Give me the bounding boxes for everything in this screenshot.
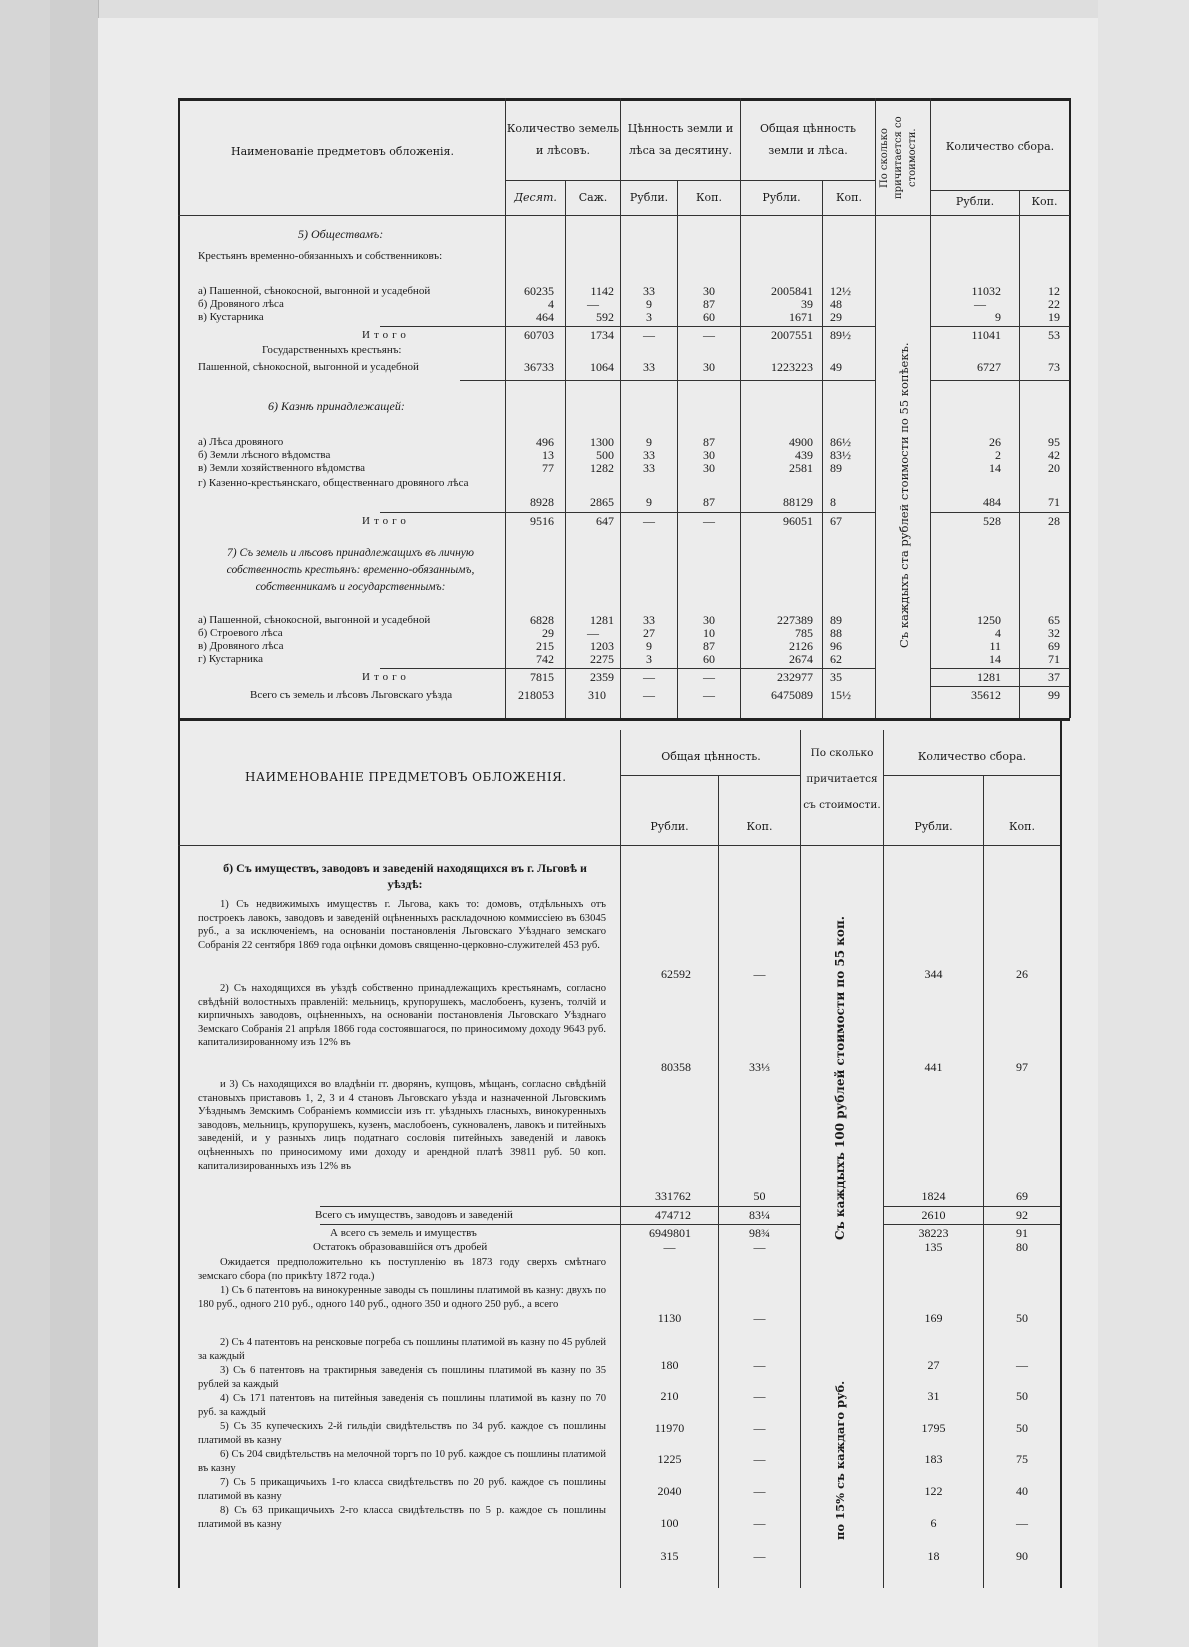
rate-vertical-note-15pct: по 15% съ каждаго руб. xyxy=(820,1360,860,1560)
row-label: а) Пашенной, сѣнокосной, выгонной и усад… xyxy=(198,285,430,298)
cell-rub: 344 xyxy=(884,968,983,981)
rate-vertical-note: Съ каждыхъ 100 рублей стоимости по 55 ко… xyxy=(820,930,860,1240)
cell-kop: — xyxy=(984,1517,1060,1530)
cell-rub: 169 xyxy=(884,1312,983,1325)
cell-sazh: 647 xyxy=(566,515,614,528)
cell-kop: 89 xyxy=(830,462,842,475)
cell-rub: — xyxy=(621,689,677,702)
cell-rub: 9 xyxy=(621,496,677,509)
cell-rub: 6949801 xyxy=(621,1227,691,1240)
cell-rub: 11970 xyxy=(621,1422,718,1435)
cell-kop: 29 xyxy=(830,311,842,324)
cell-kop: 89½ xyxy=(830,329,851,342)
col-line xyxy=(875,98,876,718)
row-label: г) Казенно-крестьянскаго, общественнаго … xyxy=(198,476,498,491)
row-label: в) Кустарника xyxy=(198,311,264,324)
cell-kop: — xyxy=(719,1517,800,1530)
cell-rub: 1130 xyxy=(621,1312,718,1325)
header-collection: Количество сбора. xyxy=(931,135,1069,159)
subtotal-rule xyxy=(883,1206,1060,1207)
cell-rub: 14 xyxy=(931,462,1001,475)
table-right-border xyxy=(1069,98,1071,718)
cell-kop: 40 xyxy=(984,1485,1060,1498)
cell-rub: 528 xyxy=(931,515,1001,528)
cell-kop: 97 xyxy=(984,1061,1060,1074)
cell-kop: 20 xyxy=(1020,462,1060,475)
row-label: Итого xyxy=(362,515,410,528)
cell-rub: 6 xyxy=(884,1517,983,1530)
cell-kop: 71 xyxy=(1020,653,1060,666)
subheader-sazh: Саж. xyxy=(566,186,620,210)
subhead-label: Государственныхъ крестьянъ: xyxy=(262,344,401,357)
cell-sazh: 2275 xyxy=(566,653,614,666)
cell-rub: 210 xyxy=(621,1390,718,1403)
cell-rub: 27 xyxy=(884,1359,983,1372)
patent-text: 4) Съ 171 патентовъ на питейныя заведені… xyxy=(198,1392,606,1419)
cell-rub: 232977 xyxy=(741,671,813,684)
cell-kop: 92 xyxy=(984,1209,1060,1222)
cell-rub: 9 xyxy=(931,311,1001,324)
section-label: 6) Казнѣ принадлежащей: xyxy=(268,400,405,413)
header-land-qty: Количество земель и лѣсовъ. xyxy=(506,118,620,162)
cell-kop: 71 xyxy=(1020,496,1060,509)
cell-rub: — xyxy=(621,329,677,342)
cell-rub: 122 xyxy=(884,1485,983,1498)
cell-rub: 331762 xyxy=(621,1190,691,1203)
row-label: г) Кустарника xyxy=(198,653,263,666)
cell-rub: 2581 xyxy=(741,462,813,475)
header-total-value: Общая цѣнность. xyxy=(621,745,801,769)
subheader-rub: Рубли. xyxy=(621,186,677,210)
subtotal-rule xyxy=(930,512,1070,513)
col-line xyxy=(983,775,984,1588)
cell-kop: — xyxy=(719,1422,800,1435)
cell-kop: 83¼ xyxy=(719,1209,800,1222)
row-label: а) Пашенной, сѣнокосной, выгонной и усад… xyxy=(198,614,430,627)
subtotal-rule xyxy=(930,326,1070,327)
cell-kop: 60 xyxy=(678,653,740,666)
cell-rub: 183 xyxy=(884,1453,983,1466)
header-name: НАИМЕНОВАНІЕ ПРЕДМЕТОВЪ ОБЛОЖЕНІЯ. xyxy=(245,770,567,784)
cell-desyat: 36733 xyxy=(506,361,554,374)
header-collection: Количество сбора. xyxy=(884,745,1060,769)
header-bottom-rule xyxy=(178,845,1060,846)
subtotal-rule xyxy=(380,326,875,327)
cell-kop: 80 xyxy=(984,1241,1060,1254)
table2-top-rule xyxy=(178,718,1070,721)
header-total-value: Общая цѣнность земли и лѣса. xyxy=(741,118,875,162)
patent-text: 2) Съ 4 патентовъ на ренсковые погреба с… xyxy=(198,1336,606,1363)
table-left-border xyxy=(178,98,180,1588)
cell-kop: 19 xyxy=(1020,311,1060,324)
section-label: 7) Съ земель и лѣсовъ принадлежащихъ въ … xyxy=(198,545,503,596)
cell-rub: 6727 xyxy=(931,361,1001,374)
cell-kop: 50 xyxy=(984,1390,1060,1403)
cell-kop: — xyxy=(719,1485,800,1498)
cell-kop: — xyxy=(719,1241,800,1254)
cell-rub: — xyxy=(621,1241,718,1254)
subtotal-rule xyxy=(380,668,875,669)
subhead-label: Крестьянъ временно-обязанныхъ и собствен… xyxy=(198,250,442,263)
cell-desyat: 60235 xyxy=(506,285,554,298)
subtotal-rule xyxy=(460,380,875,381)
cell-desyat: 77 xyxy=(506,462,554,475)
subheader-desyat: Десят. xyxy=(506,186,565,210)
cell-rub: 2040 xyxy=(621,1485,718,1498)
cell-kop: 33⅓ xyxy=(719,1061,800,1074)
cell-sazh: 1064 xyxy=(566,361,614,374)
row-label: в) Земли хозяйственного вѣдомства xyxy=(198,462,365,475)
cell-rub: 315 xyxy=(621,1550,718,1563)
section-title: б) Съ имуществъ, заводовъ и заведеній на… xyxy=(205,860,605,892)
cell-kop: 26 xyxy=(984,968,1060,981)
cell-kop: 91 xyxy=(984,1227,1060,1240)
row-label: б) Строевого лѣса xyxy=(198,627,283,640)
total-label: А всего съ земель и имуществъ xyxy=(330,1227,477,1240)
cell-kop: — xyxy=(984,1359,1060,1372)
cell-kop: 15½ xyxy=(830,689,851,702)
cell-desyat: 7815 xyxy=(506,671,554,684)
cell-rub: 38223 xyxy=(884,1227,983,1240)
header-rule xyxy=(505,180,875,181)
patent-text: 8) Съ 63 прикащичьихъ 2-го класса свидѣт… xyxy=(198,1504,606,1531)
cell-rub: 1671 xyxy=(741,311,813,324)
rate-vertical-note: Съ каждыхъ ста рублей стоимости по 55 ко… xyxy=(884,330,924,660)
cell-kop: 30 xyxy=(678,462,740,475)
cell-kop: — xyxy=(719,968,800,981)
subheader-kop: Коп. xyxy=(823,186,875,210)
cell-sazh: 310 xyxy=(566,689,606,702)
item-text: и 3) Съ находящихся во владѣніи гг. двор… xyxy=(198,1078,606,1173)
cell-kop: — xyxy=(719,1359,800,1372)
row-label: Итого xyxy=(362,671,410,684)
cell-desyat: 8928 xyxy=(506,496,554,509)
table-top-rule xyxy=(178,98,1070,101)
cell-kop: 30 xyxy=(678,361,740,374)
cell-kop: 49 xyxy=(830,361,842,374)
cell-kop: 99 xyxy=(1020,689,1060,702)
subheader-kop: Коп. xyxy=(719,815,800,839)
patent-text: 6) Съ 204 свидѣтельствъ на мелочной торг… xyxy=(198,1448,606,1475)
header-value-per-desyatina: Цѣнность земли и лѣса за десятину. xyxy=(621,118,740,162)
cell-kop: — xyxy=(719,1390,800,1403)
cell-rub: 31 xyxy=(884,1390,983,1403)
cell-rub: 11041 xyxy=(931,329,1001,342)
header-name: Наименованіе предметовъ обложенія. xyxy=(180,140,505,164)
row-label: в) Дровяного лѣса xyxy=(198,640,283,653)
cell-rub: 11032 xyxy=(931,285,1001,298)
subheader-rub: Рубли. xyxy=(741,186,822,210)
cell-kop: 53 xyxy=(1020,329,1060,342)
patent-text: 7) Съ 5 прикащичьихъ 1-го класса свидѣте… xyxy=(198,1476,606,1503)
subheader-rub: Рубли. xyxy=(884,815,983,839)
cell-desyat: 218053 xyxy=(500,689,554,702)
subheader-rub: Рубли. xyxy=(621,815,718,839)
cell-kop: 50 xyxy=(719,1190,800,1203)
cell-rub: 35612 xyxy=(931,689,1001,702)
total-label: Всего съ имуществъ, заводовъ и заведеній xyxy=(315,1209,513,1222)
cell-kop: — xyxy=(719,1453,800,1466)
subtotal-rule xyxy=(320,1224,800,1225)
cell-rub: 6475089 xyxy=(741,689,813,702)
cell-kop: — xyxy=(678,671,740,684)
cell-kop: 98¾ xyxy=(719,1227,800,1240)
cell-kop: — xyxy=(678,689,740,702)
page-fold xyxy=(50,0,99,1647)
cell-kop: 28 xyxy=(1020,515,1060,528)
cell-rub: 18 xyxy=(884,1550,983,1563)
cell-rub: 484 xyxy=(931,496,1001,509)
row-label: Итого xyxy=(362,329,410,342)
cell-kop: 62 xyxy=(830,653,842,666)
expected-intro: Ожидается предположительно къ поступлені… xyxy=(198,1256,606,1283)
subtotal-rule xyxy=(930,668,1070,669)
header-rate: По сколько причитается съ стоимости. xyxy=(801,740,883,818)
cell-rub: 2610 xyxy=(884,1209,983,1222)
total-label: Остатокъ образовавшійся отъ дробей xyxy=(313,1241,487,1254)
patent-text: 5) Съ 35 купеческихъ 2-й гильдіи свидѣте… xyxy=(198,1420,606,1447)
cell-rub: 26 xyxy=(931,436,1001,449)
subtotal-rule xyxy=(930,380,1070,381)
cell-kop: — xyxy=(678,515,740,528)
cell-desyat: 464 xyxy=(506,311,554,324)
cell-kop: 69 xyxy=(984,1190,1060,1203)
cell-kop: 60 xyxy=(678,311,740,324)
cell-sazh: 2359 xyxy=(566,671,614,684)
scan-margin xyxy=(1098,0,1189,1647)
item-text: 1) Съ недвижимыхъ имуществъ г. Льгова, к… xyxy=(198,898,606,952)
cell-rub: 80358 xyxy=(621,1061,691,1074)
header-rule xyxy=(883,775,1060,776)
subheader-kop: Коп. xyxy=(1020,190,1069,214)
cell-rub: 1795 xyxy=(884,1422,983,1435)
subtotal-rule xyxy=(883,1224,1060,1225)
cell-kop: — xyxy=(719,1550,800,1563)
cell-rub: 96051 xyxy=(741,515,813,528)
cell-rub: — xyxy=(621,671,677,684)
cell-rub: 100 xyxy=(621,1517,718,1530)
header-rate: По сколько причитается со стоимости. xyxy=(878,104,928,212)
cell-rub: — xyxy=(960,298,1000,311)
scan-background xyxy=(0,0,50,1647)
row-label: б) Земли лѣсного вѣдомства xyxy=(198,449,330,462)
subtotal-rule xyxy=(930,686,1070,687)
cell-rub: 3 xyxy=(621,311,677,324)
cell-rub: 474712 xyxy=(621,1209,691,1222)
header-rule xyxy=(620,775,800,776)
cell-rub: 88129 xyxy=(741,496,813,509)
cell-rub: 33 xyxy=(621,462,677,475)
col-line xyxy=(800,730,801,1588)
subtotal-rule xyxy=(380,512,875,513)
cell-desyat: 742 xyxy=(506,653,554,666)
cell-rub: — xyxy=(621,515,677,528)
cell-kop: 35 xyxy=(830,671,842,684)
table2-right-border xyxy=(1060,718,1062,1588)
cell-rub: 135 xyxy=(884,1241,983,1254)
cell-rub: 1281 xyxy=(931,671,1001,684)
cell-kop: 37 xyxy=(1020,671,1060,684)
row-label: а) Лѣса дровяного xyxy=(198,436,283,449)
row-label: Пашенной, сѣнокосной, выгонной и усадебн… xyxy=(198,361,419,374)
subtotal-rule xyxy=(320,1206,800,1207)
cell-rub: 1250 xyxy=(931,614,1001,627)
cell-desyat: 9516 xyxy=(506,515,554,528)
cell-sazh: 592 xyxy=(566,311,614,324)
cell-rub: 180 xyxy=(621,1359,718,1372)
patent-text: 1) Съ 6 патентовъ на винокуренные заводы… xyxy=(198,1284,606,1311)
cell-rub: 1223223 xyxy=(741,361,813,374)
col-line xyxy=(822,180,823,718)
cell-kop: 73 xyxy=(1020,361,1060,374)
cell-rub: 3 xyxy=(621,653,677,666)
cell-sazh: 1282 xyxy=(566,462,614,475)
row-label: б) Дровяного лѣса xyxy=(198,298,284,311)
cell-kop: 75 xyxy=(984,1453,1060,1466)
cell-kop: — xyxy=(719,1312,800,1325)
cell-kop: 50 xyxy=(984,1422,1060,1435)
subheader-rub: Рубли. xyxy=(931,190,1019,214)
cell-rub: 1225 xyxy=(621,1453,718,1466)
cell-sazh: 2865 xyxy=(566,496,614,509)
header-bottom-rule xyxy=(178,215,1070,216)
cell-rub: 14 xyxy=(931,653,1001,666)
patent-text: 3) Съ 6 патентовъ на трактирныя заведені… xyxy=(198,1364,606,1391)
cell-kop: 8 xyxy=(830,496,836,509)
cell-desyat: 60703 xyxy=(506,329,554,342)
cell-rub: 2674 xyxy=(741,653,813,666)
cell-kop: 67 xyxy=(830,515,842,528)
subheader-kop: Коп. xyxy=(678,186,740,210)
cell-kop: 90 xyxy=(984,1550,1060,1563)
subheader-kop: Коп. xyxy=(984,815,1060,839)
section-label: 5) Обществамъ: xyxy=(298,228,383,241)
cell-rub: 1824 xyxy=(884,1190,983,1203)
col-line xyxy=(718,775,719,1588)
item-text: 2) Съ находящихся въ уѣздѣ собственно пр… xyxy=(198,982,606,1050)
cell-sazh: 1734 xyxy=(566,329,614,342)
cell-rub: 62592 xyxy=(621,968,691,981)
cell-rub: 2007551 xyxy=(741,329,813,342)
cell-kop: 87 xyxy=(678,496,740,509)
cell-kop: — xyxy=(678,329,740,342)
cell-rub: 441 xyxy=(884,1061,983,1074)
cell-kop: 50 xyxy=(984,1312,1060,1325)
row-label: Всего съ земель и лѣсовъ Льговскаго уѣзд… xyxy=(250,689,452,702)
cell-rub: 33 xyxy=(621,361,677,374)
